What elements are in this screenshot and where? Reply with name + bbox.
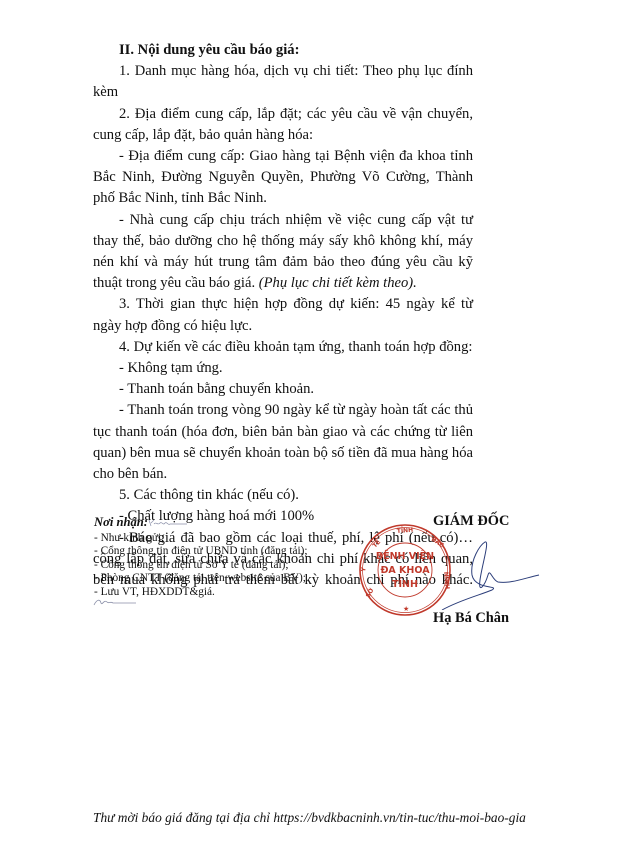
svg-text:TỈNH: TỈNH (396, 526, 413, 535)
item-2-supplier: - Nhà cung cấp chịu trách nhiệm về việc … (93, 210, 473, 295)
item-4-payment-terms: - Thanh toán trong vòng 90 ngày kể từ ng… (93, 400, 473, 485)
recipient-item: - Cổng thông tin điện tử Sở Y tế (đăng t… (94, 559, 344, 573)
svg-text:SỞ: SỞ (364, 586, 376, 599)
director-name: Hạ Bá Chân (433, 610, 509, 627)
section-heading: II. Nội dung yêu cầu báo giá: (93, 40, 473, 61)
director-signature-icon (440, 540, 540, 610)
recipients-title: Nơi nhận: (94, 516, 344, 530)
recipient-item: - Lưu VT, HĐXDDT&giá. (94, 586, 344, 600)
stamp-line-2: ĐA KHOA (380, 565, 430, 576)
recipient-item: - Cổng thông tin điện tử UBND tỉnh (đăng… (94, 545, 344, 559)
item-1: 1. Danh mục hàng hóa, dịch vụ chi tiết: … (93, 61, 473, 103)
recipient-item: - Phòng CNTT (đăng tải trên website của … (94, 572, 344, 586)
appendix-note: (Phụ lục chi tiết kèm theo). (255, 275, 417, 291)
recipient-item: - Như kính gửi; (94, 532, 344, 546)
stamp-line-3: TỈNH (392, 578, 418, 590)
recipients-block: Nơi nhận: - Như kính gửi; - Cổng thông t… (94, 516, 344, 600)
document-page: II. Nội dung yêu cầu báo giá: 1. Danh mụ… (0, 0, 636, 849)
item-4: 4. Dự kiến về các điều khoản tạm ứng, th… (93, 337, 473, 358)
item-4-no-advance: - Không tạm ứng. (93, 358, 473, 379)
item-5: 5. Các thông tin khác (nếu có). (93, 485, 473, 506)
stamp-line-1: BỆNH VIỆN (376, 551, 434, 562)
footer-note: Thư mời báo giá đăng tại địa chỉ https:/… (93, 810, 526, 826)
item-2: 2. Địa điểm cung cấp, lắp đặt; các yêu c… (93, 104, 473, 146)
svg-text:Y: Y (360, 566, 368, 573)
item-4-transfer: - Thanh toán bằng chuyển khoản. (93, 379, 473, 400)
svg-text:★: ★ (403, 605, 409, 613)
director-title: GIÁM ĐỐC (433, 513, 509, 530)
item-3: 3. Thời gian thực hiện hợp đồng dự kiến:… (93, 294, 473, 336)
initial-scribble-icon (148, 518, 188, 528)
item-2-location: - Địa điểm cung cấp: Giao hàng tại Bệnh … (93, 146, 473, 210)
